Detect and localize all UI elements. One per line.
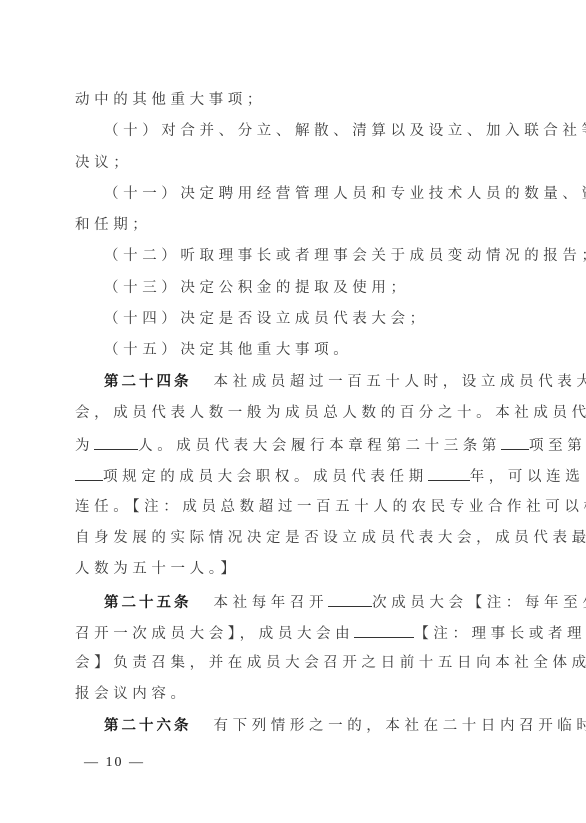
article-24-line-1: 第二十四条本社成员超过一百五十人时，设立成员代表大 <box>104 371 512 393</box>
article-heading: 第二十六条 <box>104 718 192 734</box>
text-line: 和任期； <box>75 214 512 236</box>
text-line: 会】负责召集，并在成员大会召开之日前十五日向本社全体成员通 <box>75 652 512 674</box>
text-line: （十四）决定是否设立成员代表大会； <box>104 308 512 330</box>
text-line: 人数为五十一人。】 <box>75 558 512 580</box>
blank-field[interactable] <box>354 621 414 638</box>
text-line: 会，成员代表人数一般为成员总人数的百分之十。本社成员代表 <box>75 402 512 424</box>
text-line: （十三）决定公积金的提取及使用； <box>104 277 512 299</box>
blank-field[interactable] <box>428 464 470 481</box>
article-heading: 第二十五条 <box>104 595 192 611</box>
article-24-line-3: 为人。成员代表大会履行本章程第二十三条第项至第 <box>75 433 512 455</box>
article-25-line-2: 召开一次成员大会】，成员大会由【注：理事长或者理事 <box>75 621 512 643</box>
article-25-line-1: 第二十五条本社每年召开次成员大会【注：每年至少 <box>104 590 512 612</box>
blank-field[interactable] <box>94 433 138 450</box>
text-line: 动中的其他重大事项； <box>75 89 512 111</box>
article-24-line-4: 项规定的成员大会职权。成员代表任期年，可以连选 <box>75 464 512 486</box>
document-page: 动中的其他重大事项； （十）对合并、分立、解散、清算以及设立、加入联合社等作出 … <box>0 0 586 823</box>
text-line: 连任。【注：成员总数超过一百五十人的农民专业合作社可以根据 <box>75 496 512 518</box>
text-line: （十二）听取理事长或者理事会关于成员变动情况的报告； <box>104 245 512 267</box>
text-line: 决议； <box>75 152 512 174</box>
article-heading: 第二十四条 <box>104 374 192 390</box>
text-line: （十五）决定其他重大事项。 <box>104 339 512 361</box>
blank-field[interactable] <box>501 433 529 450</box>
text-line: （十一）决定聘用经营管理人员和专业技术人员的数量、资格 <box>104 183 512 205</box>
text-line: （十）对合并、分立、解散、清算以及设立、加入联合社等作出 <box>104 120 512 142</box>
article-26-line-1: 第二十六条有下列情形之一的，本社在二十日内召开临时 <box>104 715 512 737</box>
text-line: 自身发展的实际情况决定是否设立成员代表大会，成员代表最低 <box>75 527 512 549</box>
blank-field[interactable] <box>75 464 103 481</box>
blank-field[interactable] <box>328 590 372 607</box>
text-line: 报会议内容。 <box>75 683 512 705</box>
page-number: — 10 — <box>84 755 145 771</box>
